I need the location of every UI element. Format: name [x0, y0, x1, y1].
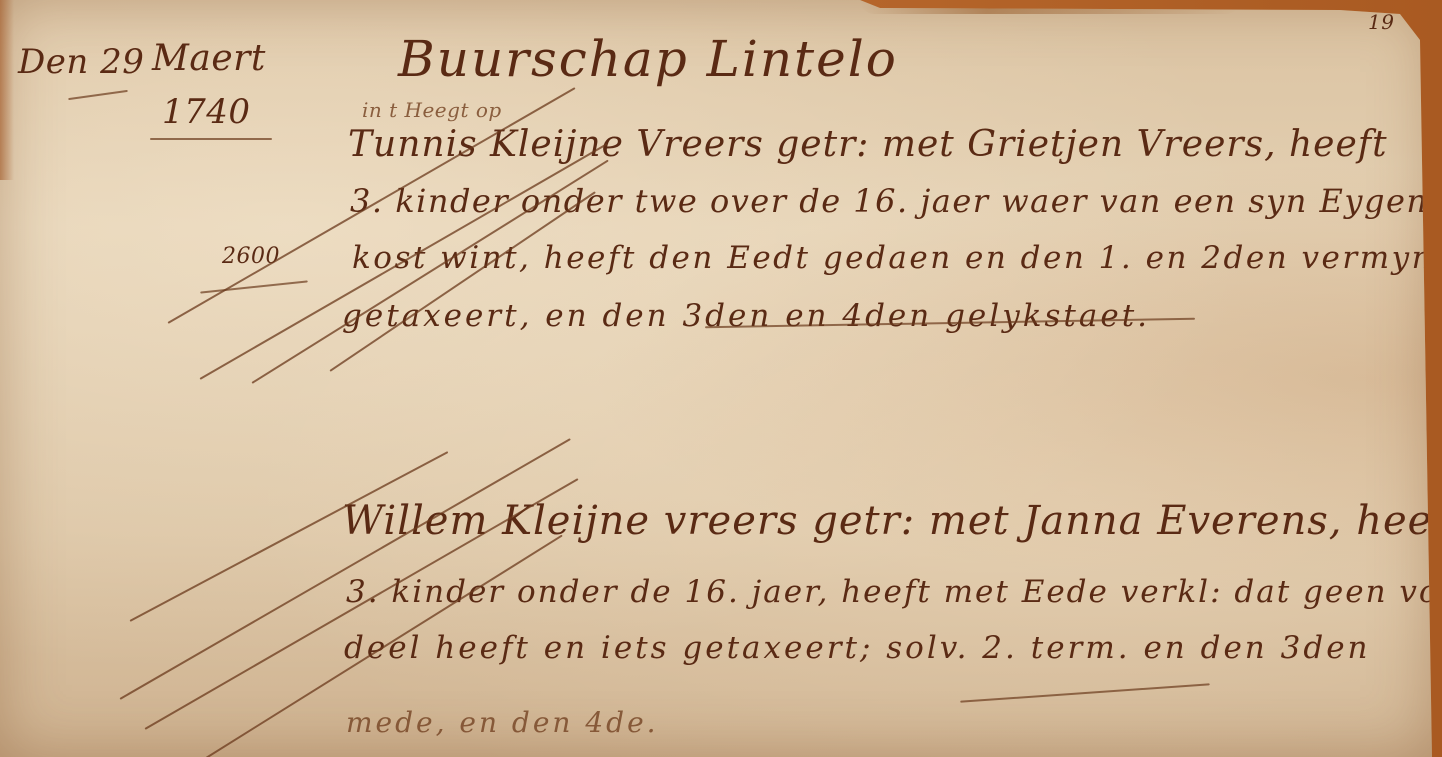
- date-month: Maert: [152, 38, 266, 79]
- entry-1-margin-value: 2600: [222, 244, 280, 269]
- entry-2-line-2: 3. kinder onder de 16. jaer, heeft met E…: [346, 574, 1442, 610]
- entry-1-line-4: getaxeert, en den 3den en 4den gelykstae…: [342, 298, 1150, 334]
- entry-1-line-2: 3. kinder onder twe over de 16. jaer wae…: [350, 182, 1428, 220]
- paper-stain-left: [0, 0, 14, 180]
- document-heading: Buurschap Lintelo: [398, 30, 898, 88]
- entry-1-interlinear-note: in t Heegt op: [362, 98, 502, 122]
- entry-2-flourish-line: [960, 683, 1210, 702]
- date-year-underline: [150, 138, 272, 140]
- date-day: Den 29: [18, 42, 144, 82]
- date-year: 1740: [162, 92, 251, 132]
- entry-2-line-4: mede, en den 4de.: [346, 706, 659, 739]
- entry-2-line-3: deel heeft en iets getaxeert; solv. 2. t…: [344, 630, 1371, 666]
- margin-value-underline: [200, 280, 308, 293]
- page-number: 19: [1368, 10, 1394, 34]
- date-day-flourish: [68, 90, 128, 100]
- manuscript-page: 19 Den 29 Maert 1740 Buurschap Lintelo i…: [0, 0, 1432, 757]
